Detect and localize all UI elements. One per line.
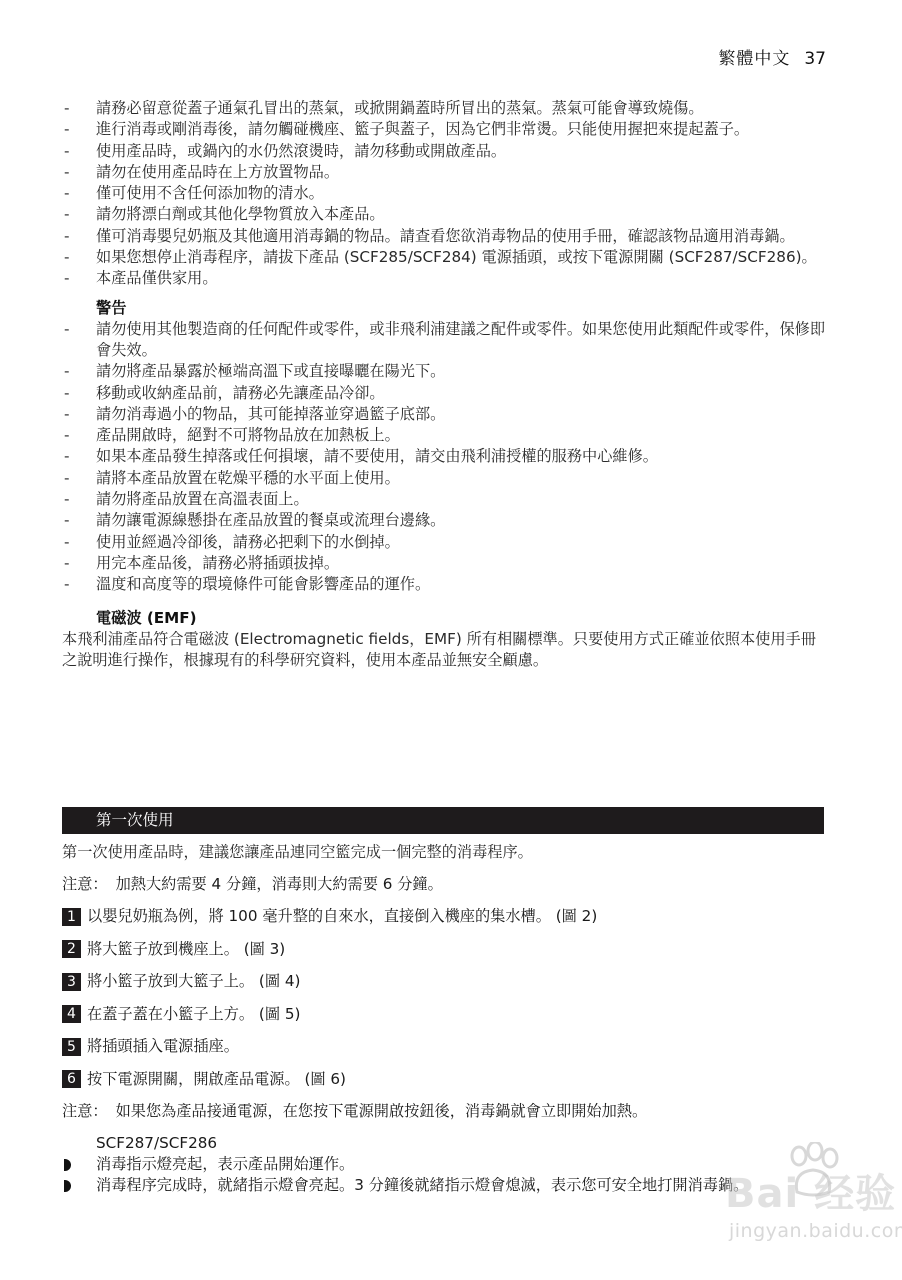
step-number-badge: 3 xyxy=(62,973,81,991)
indicator-list: 消毒指示燈亮起，表示產品開始運作。 消毒程序完成時，就緒指示燈會亮起。3 分鐘後… xyxy=(62,1154,826,1196)
step-number-badge: 5 xyxy=(62,1038,81,1056)
step-item: 2 將大籃子放到機座上。 (圖 3) xyxy=(62,939,826,960)
indicator-item: 消毒程序完成時，就緒指示燈會亮起。3 分鐘後就緒指示燈會熄滅，表示您可安全地打開… xyxy=(62,1175,826,1196)
caution-item: 如果您想停止消毒程序，請拔下產品 (SCF285/SCF284) 電源插頭，或按… xyxy=(62,247,826,268)
warning-list: 請勿使用其他製造商的任何配件或零件，或非飛利浦建議之配件或零件。如果您使用此類配… xyxy=(62,319,826,596)
step-item: 4 在蓋子蓋在小籃子上方。 (圖 5) xyxy=(62,1004,826,1025)
first-use-intro: 第一次使用產品時，建議您讓產品連同空籃完成一個完整的消毒程序。 xyxy=(62,842,826,863)
indicator-text: 消毒程序完成時，就緒指示燈會亮起。3 分鐘後就緒指示燈會熄滅，表示您可安全地打開… xyxy=(96,1176,748,1194)
step-list: 1 以嬰兒奶瓶為例，將 100 毫升整的自來水，直接倒入機座的集水槽。 (圖 2… xyxy=(62,906,826,1090)
warning-item: 溫度和高度等的環境條件可能會影響產品的運作。 xyxy=(62,574,826,595)
warning-item: 請勿將產品暴露於極端高溫下或直接曝曬在陽光下。 xyxy=(62,361,826,382)
step-number-badge: 1 xyxy=(62,908,81,926)
page-header: 繁體中文 37 xyxy=(718,44,826,69)
first-use-section: 第一次使用產品時，建議您讓產品連同空籃完成一個完整的消毒程序。 注意：加熱大約需… xyxy=(62,842,826,1196)
caution-item: 僅可消毒嬰兒奶瓶及其他適用消毒鍋的物品。請查看您欲消毒物品的使用手冊，確認該物品… xyxy=(62,226,826,247)
emf-heading: 電磁波 (EMF) xyxy=(62,608,826,629)
step-item: 6 按下電源開關，開啟產品電源。 (圖 6) xyxy=(62,1069,826,1090)
step-text: 將小籃子放到大籃子上。 (圖 4) xyxy=(87,971,300,992)
step-text: 將大籃子放到機座上。 (圖 3) xyxy=(87,939,285,960)
warning-item: 請勿消毒過小的物品，其可能掉落並穿過籃子底部。 xyxy=(62,404,826,425)
note-power-on: 注意：如果您為產品接通電源，在您按下電源開啟按鈕後，消毒鍋就會立即開始加熱。 xyxy=(62,1101,826,1122)
caution-item: 使用產品時，或鍋內的水仍然滾燙時，請勿移動或開啟產品。 xyxy=(62,141,826,162)
warning-heading: 警告 xyxy=(62,298,826,319)
step-number-badge: 4 xyxy=(62,1005,81,1023)
warning-item: 用完本產品後，請務必將插頭拔掉。 xyxy=(62,553,826,574)
section-title-first-use: 第一次使用 xyxy=(62,807,824,834)
safety-content: 請務必留意從蓋子通氣孔冒出的蒸氣，或掀開鍋蓋時所冒出的蒸氣。蒸氣可能會導致燒傷。… xyxy=(62,98,826,671)
indicator-text: 消毒指示燈亮起，表示產品開始運作。 xyxy=(96,1155,354,1173)
caution-item: 請務必留意從蓋子通氣孔冒出的蒸氣，或掀開鍋蓋時所冒出的蒸氣。蒸氣可能會導致燒傷。 xyxy=(62,98,826,119)
step-text: 將插頭插入電源插座。 xyxy=(87,1036,239,1057)
warning-item: 請勿使用其他製造商的任何配件或零件，或非飛利浦建議之配件或零件。如果您使用此類配… xyxy=(62,319,826,362)
step-text: 以嬰兒奶瓶為例，將 100 毫升整的自來水，直接倒入機座的集水槽。 (圖 2) xyxy=(87,906,597,927)
step-text: 在蓋子蓋在小籃子上方。 (圖 5) xyxy=(87,1004,300,1025)
caution-item: 請勿將漂白劑或其他化學物質放入本產品。 xyxy=(62,204,826,225)
caution-item: 本產品僅供家用。 xyxy=(62,268,826,289)
model-label: SCF287/SCF286 xyxy=(62,1133,826,1154)
half-circle-bullet-icon xyxy=(64,1159,71,1171)
caution-list: 請務必留意從蓋子通氣孔冒出的蒸氣，或掀開鍋蓋時所冒出的蒸氣。蒸氣可能會導致燒傷。… xyxy=(62,98,826,290)
caution-item: 進行消毒或剛消毒後，請勿觸碰機座、籃子與蓋子，因為它們非常燙。只能使用握把來提起… xyxy=(62,119,826,140)
step-number-badge: 2 xyxy=(62,940,81,958)
indicator-item: 消毒指示燈亮起，表示產品開始運作。 xyxy=(62,1154,826,1175)
warning-item: 請勿將產品放置在高溫表面上。 xyxy=(62,489,826,510)
warning-item: 產品開啟時，絕對不可將物品放在加熱板上。 xyxy=(62,425,826,446)
emf-paragraph: 本飛利浦產品符合電磁波 (Electromagnetic fields，EMF)… xyxy=(62,629,822,672)
warning-item: 使用並經過冷卻後，請務必把剩下的水倒掉。 xyxy=(62,532,826,553)
warning-item: 請將本產品放置在乾燥平穩的水平面上使用。 xyxy=(62,468,826,489)
note-text: 加熱大約需要 4 分鐘，消毒則大約需要 6 分鐘。 xyxy=(116,875,443,893)
note-text: 如果您為產品接通電源，在您按下電源開啟按鈕後，消毒鍋就會立即開始加熱。 xyxy=(116,1102,648,1120)
step-item: 3 將小籃子放到大籃子上。 (圖 4) xyxy=(62,971,826,992)
warning-item: 如果本產品發生掉落或任何損壞，請不要使用，請交由飛利浦授權的服務中心維修。 xyxy=(62,446,826,467)
warning-item: 請勿讓電源線懸掛在產品放置的餐桌或流理台邊緣。 xyxy=(62,510,826,531)
language-label: 繁體中文 xyxy=(718,44,790,69)
step-text: 按下電源開關，開啟產品電源。 (圖 6) xyxy=(87,1069,346,1090)
page-number: 37 xyxy=(804,49,826,69)
warning-item: 移動或收納產品前，請務必先讓產品冷卻。 xyxy=(62,383,826,404)
caution-item: 僅可使用不含任何添加物的清水。 xyxy=(62,183,826,204)
caution-item: 請勿在使用產品時在上方放置物品。 xyxy=(62,162,826,183)
note-heating-time: 注意：加熱大約需要 4 分鐘，消毒則大約需要 6 分鐘。 xyxy=(62,874,826,895)
step-item: 1 以嬰兒奶瓶為例，將 100 毫升整的自來水，直接倒入機座的集水槽。 (圖 2… xyxy=(62,906,826,927)
watermark-site: jingyan.baidu.com xyxy=(729,1220,902,1242)
step-number-badge: 6 xyxy=(62,1070,81,1088)
note-label: 注意： xyxy=(62,1102,108,1120)
step-item: 5 將插頭插入電源插座。 xyxy=(62,1036,826,1057)
note-label: 注意： xyxy=(62,875,108,893)
half-circle-bullet-icon xyxy=(64,1180,71,1192)
